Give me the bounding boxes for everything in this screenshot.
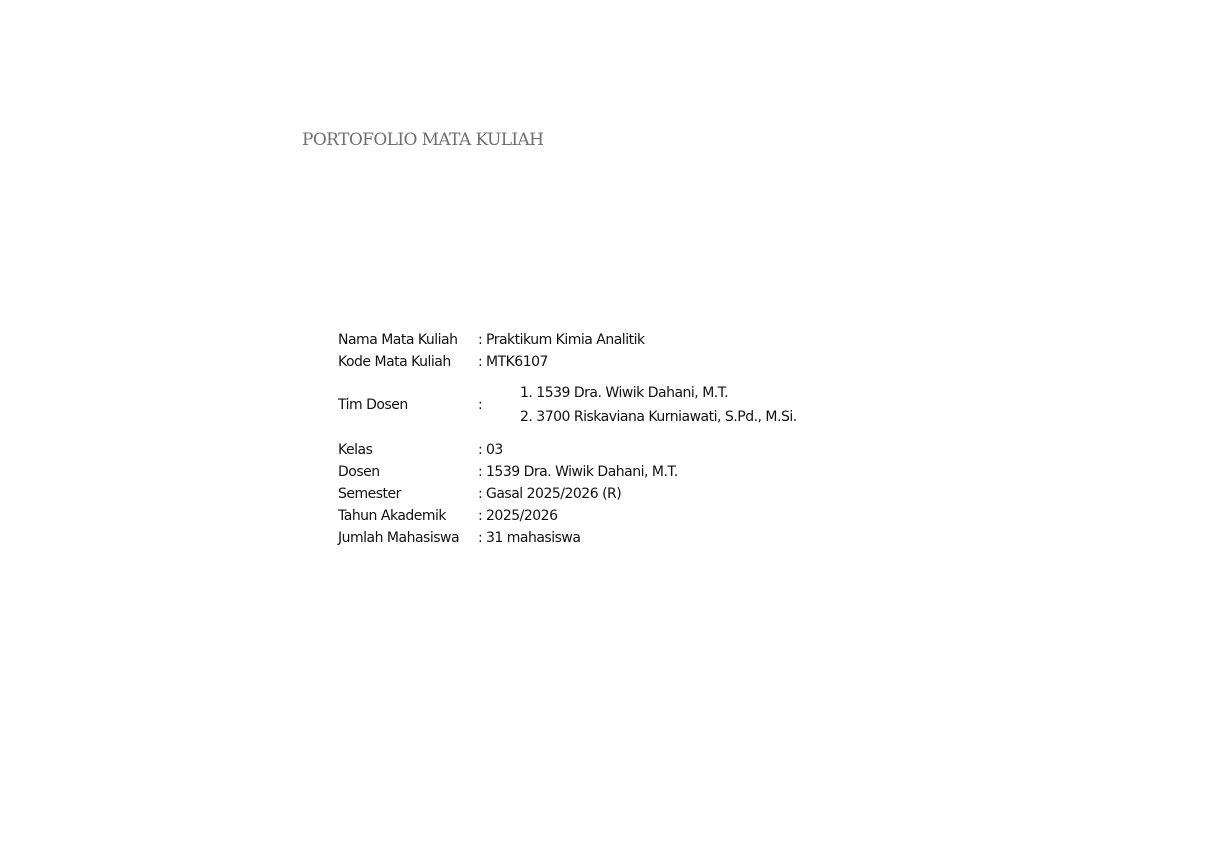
separator: :	[478, 464, 486, 480]
course-name-value: Praktikum Kimia Analitik	[486, 332, 645, 348]
teaching-team-list: 1. 1539 Dra. Wiwik Dahani, M.T. 2. 3700 …	[520, 382, 797, 428]
class-row: Kelas : 03	[338, 439, 797, 461]
class-label: Kelas	[338, 442, 478, 458]
academic-year-value: 2025/2026	[486, 508, 557, 524]
academic-year-label: Tahun Akademik	[338, 508, 478, 524]
teaching-team-member: 2. 3700 Riskaviana Kurniawati, S.Pd., M.…	[520, 406, 797, 428]
separator: :	[478, 442, 486, 458]
semester-value: Gasal 2025/2026 (R)	[486, 486, 621, 502]
separator: :	[478, 508, 486, 524]
academic-year-row: Tahun Akademik : 2025/2026	[338, 505, 797, 527]
separator: :	[478, 486, 486, 502]
lecturer-row: Dosen : 1539 Dra. Wiwik Dahani, M.T.	[338, 461, 797, 483]
class-value: 03	[486, 442, 503, 458]
lecturer-value: 1539 Dra. Wiwik Dahani, M.T.	[486, 464, 678, 480]
course-name-row: Nama Mata Kuliah : Praktikum Kimia Anali…	[338, 329, 797, 351]
course-code-value: MTK6107	[486, 354, 548, 370]
separator: :	[478, 354, 486, 370]
separator: :	[478, 530, 486, 546]
teaching-team-member: 1. 1539 Dra. Wiwik Dahani, M.T.	[520, 382, 797, 404]
course-code-row: Kode Mata Kuliah : MTK6107	[338, 351, 797, 373]
semester-row: Semester : Gasal 2025/2026 (R)	[338, 483, 797, 505]
semester-label: Semester	[338, 486, 478, 502]
page-title: PORTOFOLIO MATA KULIAH	[302, 130, 543, 150]
separator: :	[478, 332, 486, 348]
teaching-team-label: Tim Dosen	[338, 397, 478, 413]
course-code-label: Kode Mata Kuliah	[338, 354, 478, 370]
student-count-row: Jumlah Mahasiswa : 31 mahasiswa	[338, 527, 797, 549]
student-count-label: Jumlah Mahasiswa	[338, 530, 478, 546]
course-name-label: Nama Mata Kuliah	[338, 332, 478, 348]
teaching-team-row: Tim Dosen : 1. 1539 Dra. Wiwik Dahani, M…	[338, 381, 797, 429]
separator: :	[478, 397, 486, 413]
course-info-block: Nama Mata Kuliah : Praktikum Kimia Anali…	[338, 329, 797, 549]
lecturer-label: Dosen	[338, 464, 478, 480]
student-count-value: 31 mahasiswa	[486, 530, 580, 546]
